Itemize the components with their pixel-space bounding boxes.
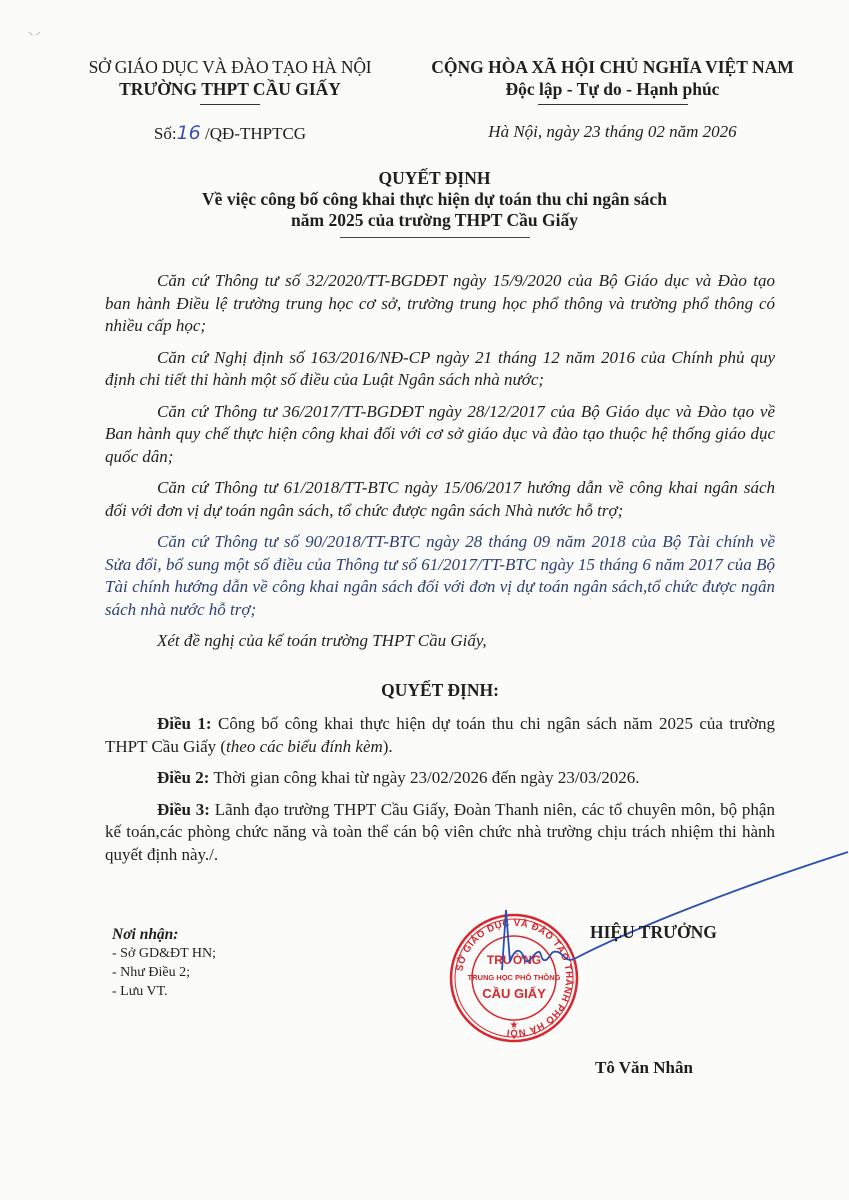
preamble-paragraph: Căn cứ Thông tư số 90/2018/TT-BTC ngày 2…	[105, 531, 775, 621]
scan-mark: ⸌ ⸍	[28, 28, 41, 42]
school-name: TRƯỜNG THPT CẦU GIẤY	[60, 78, 400, 100]
document-body: Căn cứ Thông tư số 32/2020/TT-BGDĐT ngày…	[105, 270, 775, 875]
place-date: Hà Nội, ngày 23 tháng 02 năm 2026	[410, 122, 815, 142]
recipient-item: - Như Điều 2;	[112, 963, 362, 982]
title-subject-1: Về việc công bố công khai thực hiện dự t…	[60, 189, 809, 210]
article-1: Điều 1: Công bố công khai thực hiện dự t…	[105, 713, 775, 758]
header-rule-right	[538, 104, 688, 105]
article-label: Điều 1:	[157, 714, 212, 733]
recipients-title: Nơi nhận:	[112, 925, 362, 944]
article-text: Thời gian công khai từ ngày 23/02/2026 đ…	[209, 768, 639, 787]
doc-number-handwritten: 16	[177, 122, 201, 144]
motto: Độc lập - Tự do - Hạnh phúc	[410, 78, 815, 100]
doc-number-suffix: /QĐ-THPTCG	[201, 124, 306, 143]
article-tail: ).	[383, 737, 393, 756]
preamble-paragraph: Căn cứ Thông tư 61/2018/TT-BTC ngày 15/0…	[105, 477, 775, 522]
signatory-name: Tô Văn Nhân	[595, 1058, 693, 1078]
article-italic: theo các biểu đính kèm	[226, 737, 383, 756]
recipient-item: - Sở GD&ĐT HN;	[112, 944, 362, 963]
header-rule-left	[200, 104, 260, 105]
preamble-paragraph: Căn cứ Thông tư số 32/2020/TT-BGDĐT ngày…	[105, 270, 775, 338]
article-label: Điều 3:	[157, 800, 210, 819]
title-rule	[340, 237, 530, 238]
doc-number-prefix: Số:	[154, 124, 177, 143]
document-title: QUYẾT ĐỊNH Về việc công bố công khai thự…	[60, 168, 809, 238]
recipient-item: - Lưu VT.	[112, 982, 362, 1001]
agency-name: SỞ GIÁO DỤC VÀ ĐÀO TẠO HÀ NỘI	[60, 56, 400, 78]
title-subject-2: năm 2025 của trường THPT Cầu Giấy	[60, 210, 809, 231]
document-number: Số:16 /QĐ-THPTCG	[60, 122, 400, 144]
preamble-paragraph: Căn cứ Nghị định số 163/2016/NĐ-CP ngày …	[105, 347, 775, 392]
preamble-paragraph: Căn cứ Thông tư 36/2017/TT-BGDĐT ngày 28…	[105, 401, 775, 469]
title-main: QUYẾT ĐỊNH	[60, 168, 809, 189]
decision-heading: QUYẾT ĐỊNH:	[105, 679, 775, 702]
issuer-header: SỞ GIÁO DỤC VÀ ĐÀO TẠO HÀ NỘI TRƯỜNG THP…	[60, 56, 400, 105]
country-name: CỘNG HÒA XÃ HỘI CHỦ NGHĨA VIỆT NAM	[410, 56, 815, 78]
preamble-paragraph: Xét đề nghị của kế toán trường THPT Cầu …	[105, 630, 775, 653]
national-header: CỘNG HÒA XÃ HỘI CHỦ NGHĨA VIỆT NAM Độc l…	[410, 56, 815, 105]
article-label: Điều 2:	[157, 768, 209, 787]
article-2: Điều 2: Thời gian công khai từ ngày 23/0…	[105, 767, 775, 790]
recipients-list: Nơi nhận: - Sở GD&ĐT HN; - Như Điều 2; -…	[112, 925, 362, 1001]
signatory-title: HIỆU TRƯỞNG	[590, 922, 717, 943]
